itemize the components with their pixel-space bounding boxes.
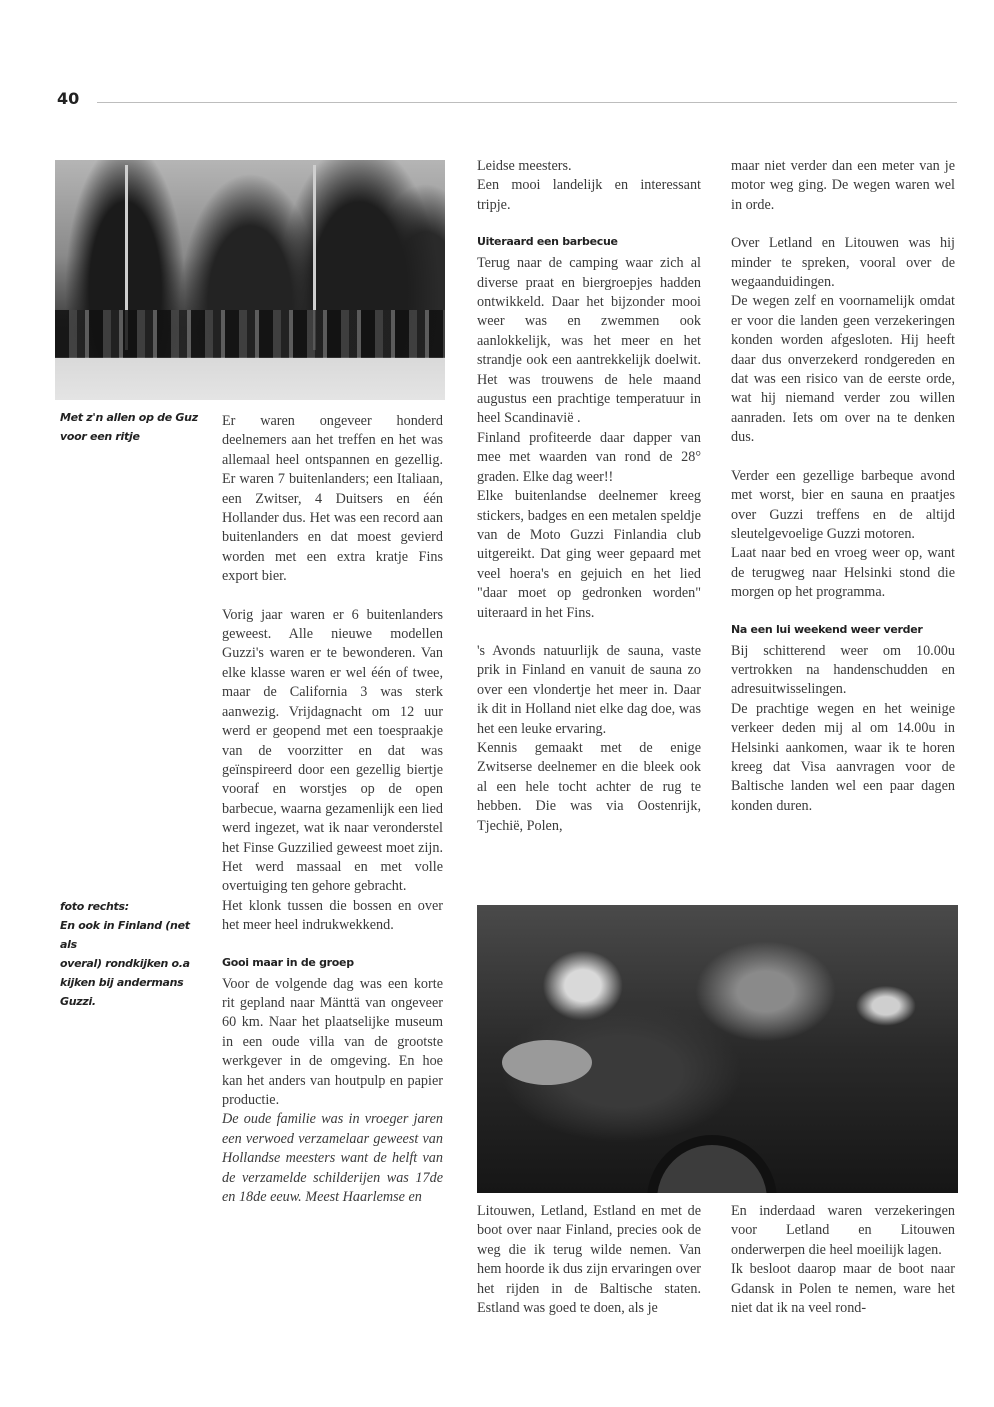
caption-line: overal) rondkijken o.a [60,954,210,973]
paragraph: Kennis gemaakt met de enige Zwitserse de… [477,739,701,836]
photo2-caption: foto rechts: En ook in Finland (net als … [60,897,210,1011]
paragraph: Bij schitterend weer om 10.00u vertrokke… [731,642,955,700]
section-heading: Na een lui weekend weer verder [731,622,955,638]
article-column-2: Er waren ongeveer honderd deelnemers aan… [222,412,443,1207]
paragraph: Er waren ongeveer honderd deelnemers aan… [222,412,443,587]
paragraph: Ik besloot daarop maar de boot naar Gdan… [731,1260,955,1318]
caption-line: Guzzi. [60,992,210,1011]
paragraph: Laat naar bed en vroeg weer op, want de … [731,544,955,602]
paragraph: Finland profiteerde daar dapper van mee … [477,429,701,487]
paragraph: De prachtige wegen en het weinige verkee… [731,700,955,816]
paragraph: De wegen zelf en voornamelijk omdat er v… [731,292,955,447]
paragraph: Over Letland en Litouwen was hij minder … [731,234,955,292]
paragraph: maar niet verder dan een meter van je mo… [731,157,955,215]
caption-line: Met z'n allen op de Guz [60,408,200,427]
paragraph: Een mooi landelijk en interessant tripje… [477,176,701,215]
caption-line: voor een ritje [60,427,200,446]
section-heading: Gooi maar in de groep [222,955,443,971]
paragraph: Leidse meesters. [477,157,701,176]
paragraph: De oude familie was in vroeger jaren een… [222,1110,443,1207]
caption-line: En ook in Finland (net als [60,916,210,954]
article-column-4: maar niet verder dan een meter van je mo… [731,157,955,816]
wheel [647,1135,777,1193]
article-column-3-bottom: Litouwen, Letland, Estland en met de boo… [477,1202,701,1318]
caption-line: foto rechts: [60,897,210,916]
paragraph: Elke buitenlandse deelnemer kreeg sticke… [477,487,701,623]
photo1-caption: Met z'n allen op de Guz voor een ritje [60,408,200,446]
motorcycle-row [55,310,445,358]
paragraph: Vorig jaar waren er 6 buitenlanders gewe… [222,606,443,897]
paragraph: Verder een gezellige barbeque avond met … [731,467,955,545]
fuel-tank [502,1040,592,1085]
section-heading: Uiteraard een barbecue [477,234,701,250]
article-column-4-bottom: En inderdaad waren verzekeringen voor Le… [731,1202,955,1318]
caption-line: kijken bij andermans [60,973,210,992]
photo-group-motorcycles [55,160,445,400]
photo-guzzi-closeup [477,905,958,1193]
paragraph: Litouwen, Letland, Estland en met de boo… [477,1202,701,1318]
paragraph: Terug naar de camping waar zich al diver… [477,254,701,429]
paragraph: Het klonk tussen die bossen en over het … [222,897,443,936]
paragraph: 's Avonds natuurlijk de sauna, vaste pri… [477,642,701,739]
article-column-3: Leidse meesters. Een mooi landelijk en i… [477,157,701,836]
paragraph: Voor de volgende dag was een korte rit g… [222,975,443,1111]
header-rule [97,102,957,103]
paragraph: En inderdaad waren verzekeringen voor Le… [731,1202,955,1260]
page-number: 40 [57,89,79,108]
